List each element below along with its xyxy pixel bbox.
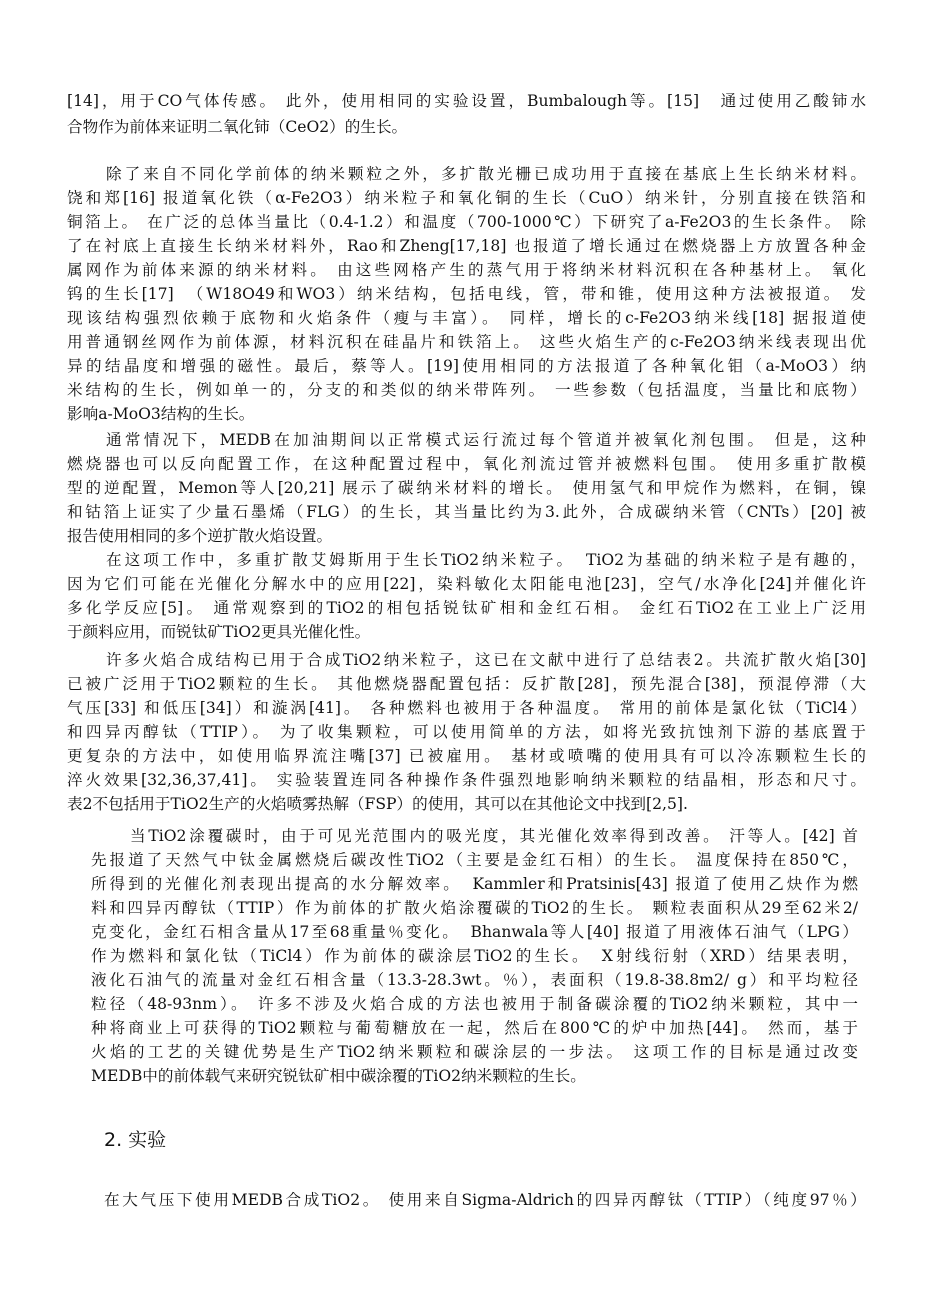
paragraph-6-line-6: 作为燃料和氯化钛（TiCl4）作为前体的碳涂层TiO2的生长。 X射线衍射（XR… — [91, 946, 858, 966]
paragraph-2-line-2: 饶和郑[16] 报道氧化铁（α-Fe2O3）纳米粒子和氧化铜的生长（CuO）纳米… — [67, 188, 866, 208]
paragraph-6-line-8: 粒径（48-93nm）。 许多不涉及火焰合成的方法也被用于制备碳涂覆的TiO2纳… — [91, 994, 858, 1014]
paragraph-2-line-10: 米结构的生长，例如单一的，分支的和类似的纳米带阵列。 一些参数（包括温度，当量比… — [67, 380, 866, 400]
paragraph-5-line-6: 淬火效果[32,36,37,41]。 实验装置连同各种操作条件强烈地影响纳米颗粒… — [67, 770, 866, 790]
paragraph-5-line-1: 许多火焰合成结构已用于合成TiO2纳米粒子，这已在文献中进行了总结表2。共流扩散… — [106, 650, 866, 670]
paragraph-5-line-2: 已被广泛用于TiO2颗粒的生长。 其他燃烧器配置包括：反扩散[28]，预先混合[… — [67, 674, 866, 694]
paragraph-6-line-1: 当TiO2涂覆碳时，由于可见光范围内的吸光度，其光催化效率得到改善。 汗等人。[… — [130, 826, 858, 846]
paragraph-2-line-4: 了在衬底上直接生长纳米材料外，Rao和Zheng[17,18] 也报道了增长通过… — [67, 236, 866, 256]
paragraph-2-line-6: 钨的生长[17] （W18O49和WO3）纳米结构，包括电线，管，带和锥，使用这… — [67, 284, 866, 304]
paragraph-6-line-11: MEDB中的前体载气来研究锐钛矿相中碳涂覆的TiO2纳米颗粒的生长。 — [91, 1066, 858, 1086]
section-heading: 2. 实验 — [104, 1128, 166, 1152]
paragraph-5-line-3: 气压[33] 和低压[34]）和漩涡[41]。 各种燃料也被用于各种温度。 常用… — [67, 698, 866, 718]
paragraph-4-line-4: 于颜料应用，而锐钛矿TiO2更具光催化性。 — [67, 622, 866, 642]
paragraph-2-line-5: 属网作为前体来源的纳米材料。 由这些网格产生的蒸气用于将纳米材料沉积在各种基材上… — [67, 260, 866, 280]
paragraph-4-line-2: 因为它们可能在光催化分解水中的应用[22]，染料敏化太阳能电池[23]，空气/水… — [67, 574, 866, 594]
paragraph-2-line-11: 影响a-MoO3结构的生长。 — [67, 404, 866, 424]
paragraph-4-line-3: 多化学反应[5]。 通常观察到的TiO2的相包括锐钛矿相和金红石相。 金红石Ti… — [67, 598, 866, 618]
paragraph-2-line-3: 铜箔上。 在广泛的总体当量比（0.4-1.2）和温度（700-1000℃）下研究… — [67, 212, 866, 232]
paragraph-1-line-1: [14]，用于CO气体传感。 此外，使用相同的实验设置，Bumbalough等。… — [67, 91, 866, 111]
paragraph-6-line-7: 液化石油气的流量对金红石相含量（13.3-28.3wt。％），表面积（19.8-… — [91, 970, 858, 990]
paragraph-6-line-2: 先报道了天然气中钛金属燃烧后碳改性TiO2（主要是金红石相）的生长。 温度保持在… — [91, 850, 858, 870]
document-page: [14]，用于CO气体传感。 此外，使用相同的实验设置，Bumbalough等。… — [0, 0, 926, 1309]
paragraph-2-line-1: 除了来自不同化学前体的纳米颗粒之外，多扩散光栅已成功用于直接在基底上生长纳米材料… — [106, 164, 866, 184]
paragraph-2-line-9: 异的结晶度和增强的磁性。最后，蔡等人。[19]使用相同的方法报道了各种氧化钼（a… — [67, 356, 866, 376]
paragraph-6-line-9: 种将商业上可获得的TiO2颗粒与葡萄糖放在一起，然后在800℃的炉中加热[44]… — [91, 1018, 858, 1038]
paragraph-3-line-2: 燃烧器也可以反向配置工作，在这种配置过程中，氧化剂流过管并被燃料包围。 使用多重… — [67, 454, 866, 474]
paragraph-5-line-5: 更复杂的方法中，如使用临界流注嘴[37] 已被雇用。 基材或喷嘴的使用具有可以冷… — [67, 746, 866, 766]
paragraph-6-line-3: 所得到的光催化剂表现出提高的水分解效率。 Kammler和Pratsinis[4… — [91, 874, 858, 894]
paragraph-7-line-1: 在大气压下使用MEDB合成TiO2。 使用来自Sigma-Aldrich的四异丙… — [104, 1190, 866, 1210]
paragraph-2-line-7: 现该结构强烈依赖于底物和火焰条件（瘦与丰富）。 同样，增长的c-Fe2O3纳米线… — [67, 308, 866, 328]
paragraph-4-line-1: 在这项工作中，多重扩散艾姆斯用于生长TiO2纳米粒子。 TiO2为基础的纳米粒子… — [106, 550, 866, 570]
paragraph-1-line-2: 合物作为前体来证明二氧化铈（CeO2）的生长。 — [67, 117, 866, 137]
paragraph-6-line-5: 克变化，金红石相含量从17至68重量％变化。 Bhanwala等人[40] 报道… — [91, 922, 858, 942]
paragraph-6-line-10: 火焰的工艺的关键优势是生产TiO2纳米颗粒和碳涂层的一步法。 这项工作的目标是通… — [91, 1042, 858, 1062]
paragraph-5-line-4: 和四异丙醇钛（TTIP）。 为了收集颗粒，可以使用简单的方法，如将光致抗蚀剂下游… — [67, 722, 866, 742]
paragraph-5-line-7: 表2不包括用于TiO2生产的火焰喷雾热解（FSP）的使用，其可以在其他论文中找到… — [67, 794, 866, 814]
paragraph-6-line-4: 料和四异丙醇钛（TTIP）作为前体的扩散火焰涂覆碳的TiO2的生长。 颗粒表面积… — [91, 898, 858, 918]
paragraph-2-line-8: 用普通钢丝网作为前体源，材料沉积在硅晶片和铁箔上。 这些火焰生产的c-Fe2O3… — [67, 332, 866, 352]
paragraph-3-line-5: 报告使用相同的多个逆扩散火焰设置。 — [67, 526, 866, 546]
paragraph-3-line-3: 型的逆配置，Memon等人[20,21] 展示了碳纳米材料的增长。 使用氢气和甲… — [67, 478, 866, 498]
paragraph-3-line-1: 通常情况下，MEDB在加油期间以正常模式运行流过每个管道并被氧化剂包围。 但是，… — [106, 430, 866, 450]
paragraph-3-line-4: 和钴箔上证实了少量石墨烯（FLG）的生长，其当量比约为3.此外，合成碳纳米管（C… — [67, 502, 866, 522]
